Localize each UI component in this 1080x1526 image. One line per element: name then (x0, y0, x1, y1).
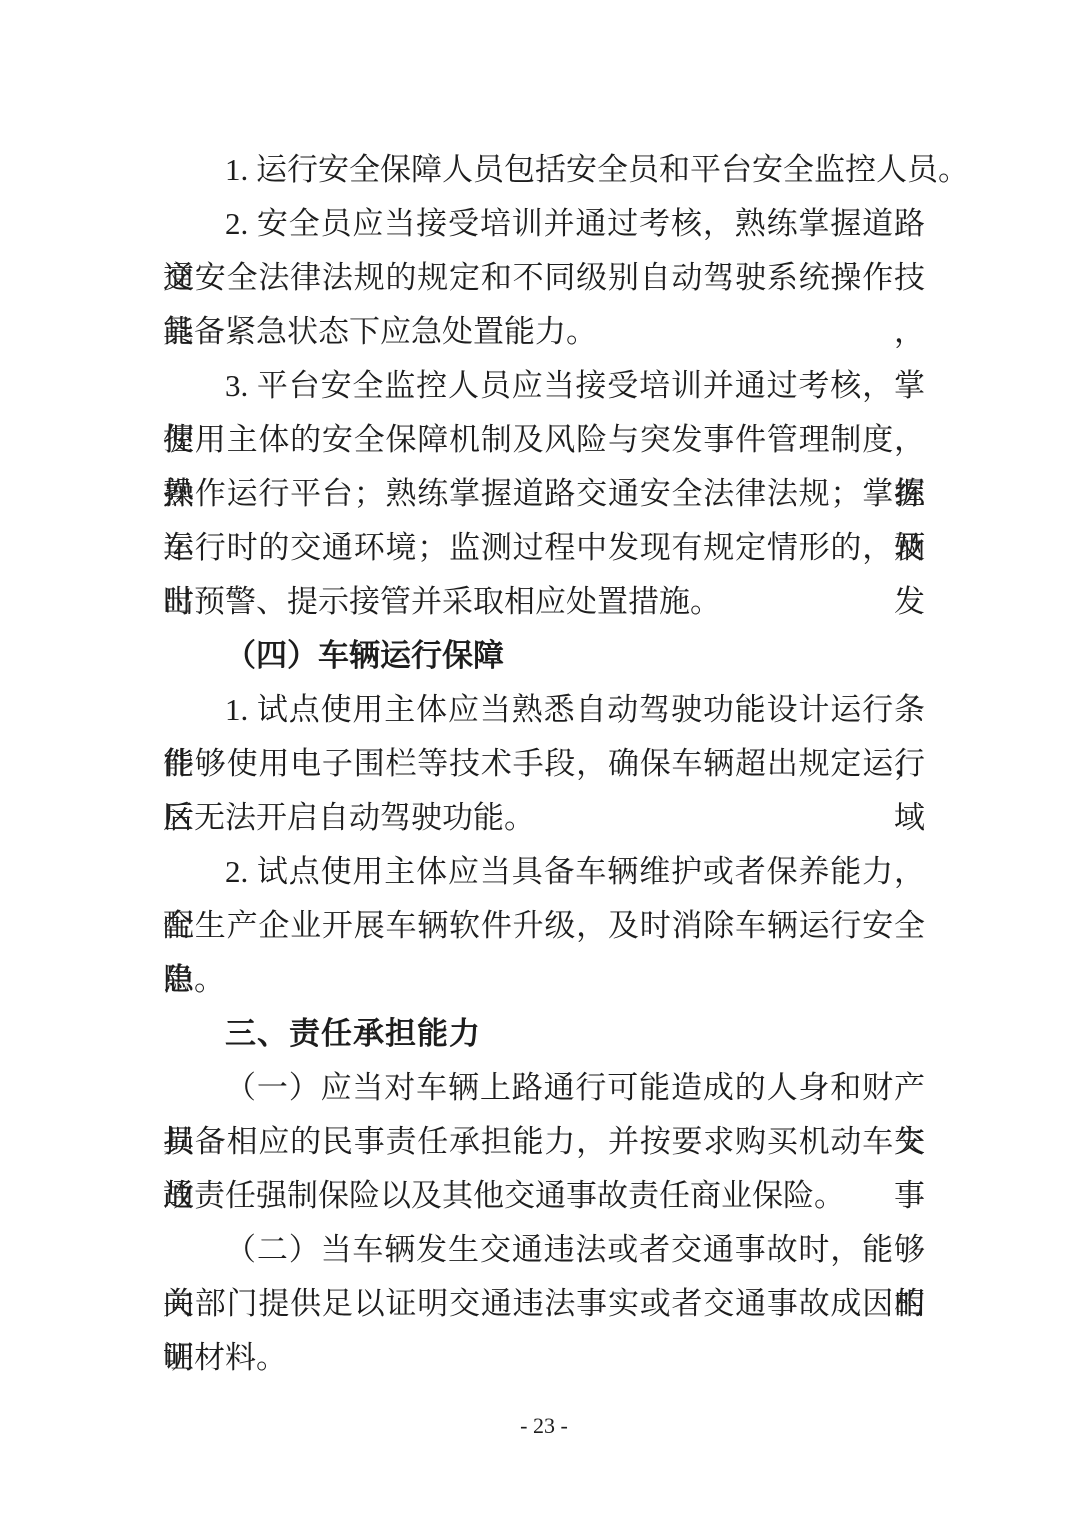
paragraph-item-4-1: 1. 试点使用主体应当熟悉自动驾驶功能设计运行条件， 能够使用电子围栏等技术手段… (163, 683, 925, 845)
paragraph-line: 合生产企业开展车辆软件升级，及时消除车辆运行安全隐 (163, 899, 925, 953)
paragraph-item-3-2: （二）当车辆发生交通违法或者交通事故时，能够向相 关部门提供足以证明交通违法事实… (163, 1223, 925, 1385)
paragraph-line: 操作运行平台；熟练掌握道路交通安全法律法规；掌握车辆 (163, 467, 925, 521)
paragraph-item-2: 2. 安全员应当接受培训并通过考核，熟练掌握道路交 通安全法律法规的规定和不同级… (163, 197, 925, 359)
sub-section-heading-4: （四）车辆运行保障 (163, 629, 925, 683)
paragraph-line: 2. 试点使用主体应当具备车辆维护或者保养能力，配 (163, 845, 925, 899)
paragraph-line: 通安全法律法规的规定和不同级别自动驾驶系统操作技能， (163, 251, 925, 305)
page-number: - 23 - (163, 1406, 925, 1446)
paragraph-line: （二）当车辆发生交通违法或者交通事故时，能够向相 (163, 1223, 925, 1277)
paragraph-item-3: 3. 平台安全监控人员应当接受培训并通过考核，掌握 使用主体的安全保障机制及风险… (163, 359, 925, 629)
paragraph-line: 运行时的交通环境；监测过程中发现有规定情形的，及时发 (163, 521, 925, 575)
paragraph-line: 明材料。 (163, 1331, 925, 1385)
paragraph-line: 使用主体的安全保障机制及风险与突发事件管理制度，熟练 (163, 413, 925, 467)
paragraph-line: 具备相应的民事责任承担能力，并按要求购买机动车交通事 (163, 1115, 925, 1169)
paragraph-line: 1. 试点使用主体应当熟悉自动驾驶功能设计运行条件， (163, 683, 925, 737)
paragraph-line: 关部门提供足以证明交通违法事实或者交通事故成因的证 (163, 1277, 925, 1331)
paragraph-line: 患。 (163, 953, 925, 1007)
paragraph-item-3-1: （一）应当对车辆上路通行可能造成的人身和财产损失 具备相应的民事责任承担能力，并… (163, 1061, 925, 1223)
paragraph-line: 2. 安全员应当接受培训并通过考核，熟练掌握道路交 (163, 197, 925, 251)
paragraph-item-1: 1. 运行安全保障人员包括安全员和平台安全监控人员。 (163, 143, 925, 197)
paragraph-item-4-2: 2. 试点使用主体应当具备车辆维护或者保养能力，配 合生产企业开展车辆软件升级，… (163, 845, 925, 1007)
paragraph-line: 1. 运行安全保障人员包括安全员和平台安全监控人员。 (163, 143, 925, 197)
document-body: 1. 运行安全保障人员包括安全员和平台安全监控人员。 2. 安全员应当接受培训并… (163, 143, 925, 1385)
sub-section-heading-text: （四）车辆运行保障 (163, 629, 925, 683)
document-page: 1. 运行安全保障人员包括安全员和平台安全监控人员。 2. 安全员应当接受培训并… (0, 0, 1080, 1526)
section-heading-3: 三、责任承担能力 (163, 1007, 925, 1061)
paragraph-line: （一）应当对车辆上路通行可能造成的人身和财产损失 (163, 1061, 925, 1115)
section-heading-text: 三、责任承担能力 (163, 1007, 925, 1061)
paragraph-line: 能够使用电子围栏等技术手段，确保车辆超出规定运行区域 (163, 737, 925, 791)
paragraph-line: 3. 平台安全监控人员应当接受培训并通过考核，掌握 (163, 359, 925, 413)
paragraph-line: 故责任强制保险以及其他交通事故责任商业保险。 (163, 1169, 925, 1223)
